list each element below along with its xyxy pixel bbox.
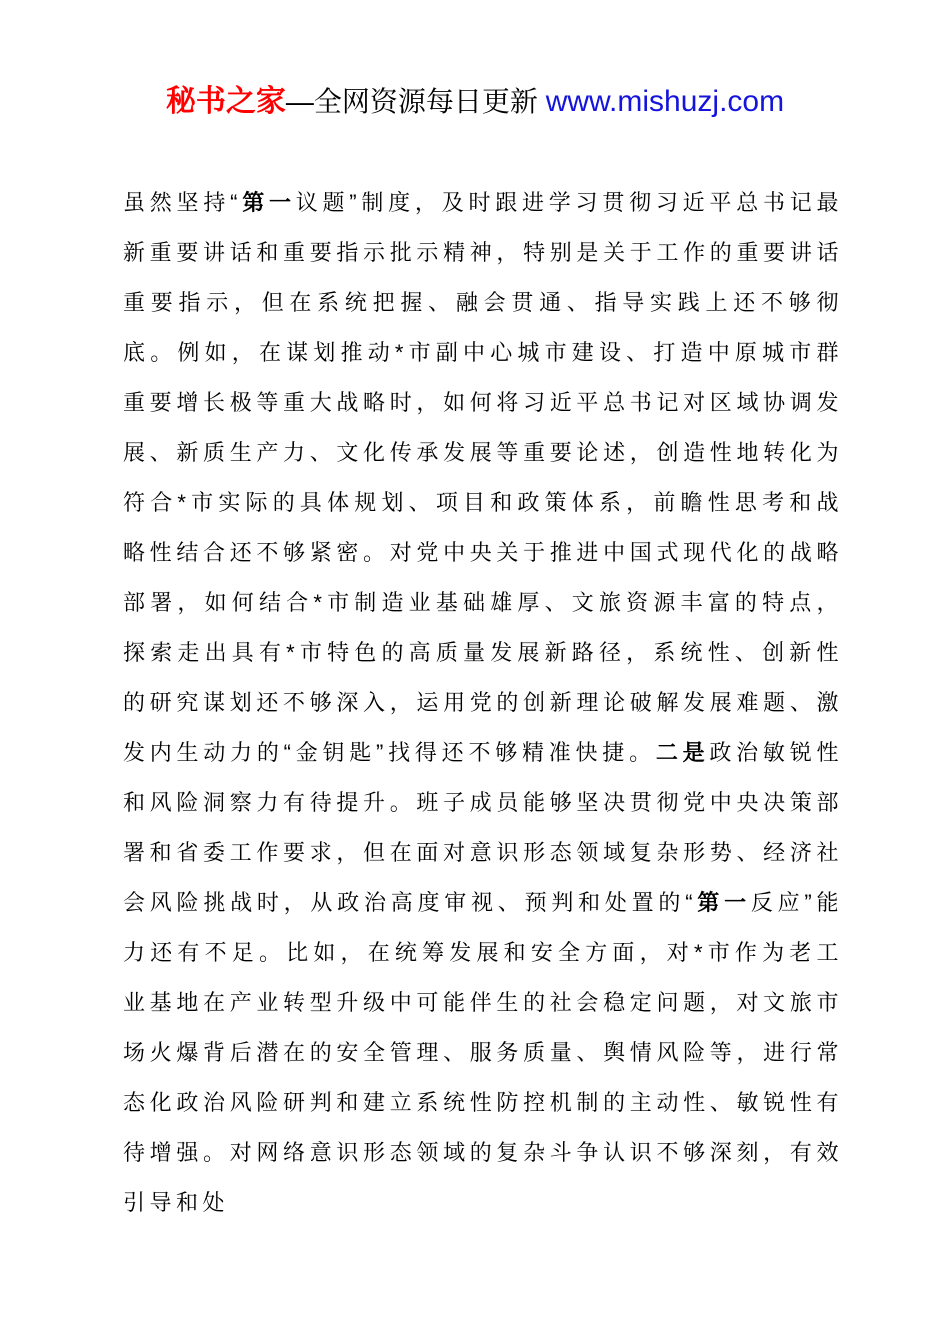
text-segment-bold: 第一 (697, 890, 751, 915)
text-segment: 反应”能力还有不足。比如，在统筹发展和安全方面，对*市作为老工业基地在产业转型升… (123, 890, 843, 1215)
site-name: 秘书之家 (166, 85, 286, 118)
header-tagline: —全网资源每日更新 (286, 86, 546, 117)
page-header: 秘书之家—全网资源每日更新 www.mishuzj.com (0, 0, 950, 124)
text-segment: 政治敏锐性和风险洞察力有待提升。班子成员能够坚决贯彻党中央决策部署和省委工作要求… (123, 740, 843, 915)
text-segment-bold: 二是 (656, 740, 710, 765)
body-paragraph: 虽然坚持“第一议题”制度，及时跟进学习贯彻习近平总书记最新重要讲话和重要指示批示… (123, 178, 843, 1228)
text-segment: 议题”制度，及时跟进学习贯彻习近平总书记最新重要讲话和重要指示批示精神，特别是关… (123, 190, 843, 765)
text-segment: 虽然坚持“ (123, 190, 242, 215)
document-page: 秘书之家—全网资源每日更新 www.mishuzj.com 虽然坚持“第一议题”… (0, 0, 950, 1344)
document-body: 虽然坚持“第一议题”制度，及时跟进学习贯彻习近平总书记最新重要讲话和重要指示批示… (123, 178, 843, 1228)
site-url-link[interactable]: www.mishuzj.com (546, 85, 784, 118)
text-segment-bold: 第一 (242, 190, 296, 215)
